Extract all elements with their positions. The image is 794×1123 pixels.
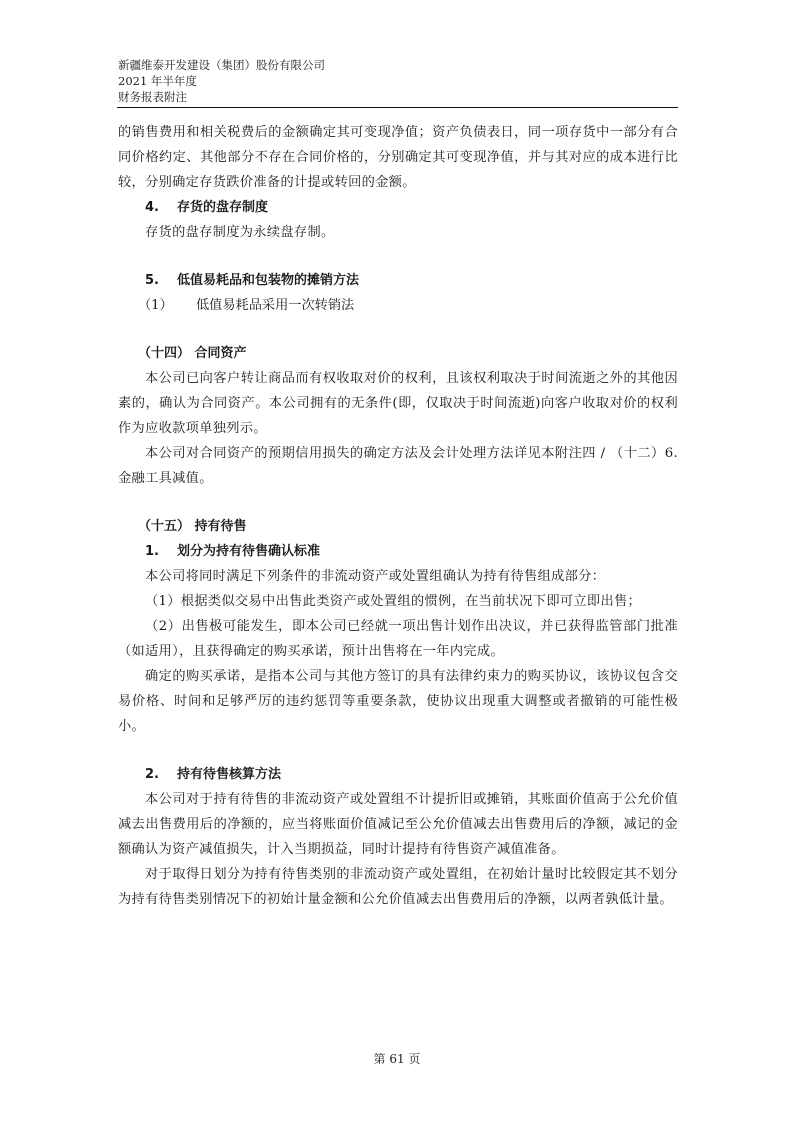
section-title: 合同资产 xyxy=(195,346,247,361)
page-body: 的销售费用和相关税费后的金额确定其可变现净值；资产负债表日，同一项存货中一部分有… xyxy=(118,120,678,912)
section-number: 4. xyxy=(145,195,177,220)
section-14-paragraph-1: 本公司已向客户转让商品而有权收取对价的权利，且该权利取决于时间流逝之外的其他因素… xyxy=(118,366,678,441)
subsection-title: 划分为持有待售确认标准 xyxy=(177,544,320,559)
section-title: 存货的盘存制度 xyxy=(177,200,268,215)
subsection-number: 2. xyxy=(145,762,177,787)
header-divider xyxy=(117,107,678,108)
section-15-heading: （十五） 持有待售 xyxy=(118,514,678,539)
section-number: （十四） xyxy=(138,346,190,361)
item-number: （1） xyxy=(138,293,196,318)
section-15-1-heading: 1.划分为持有待售确认标准 xyxy=(118,539,678,564)
section-15-1-paragraph-4: 确定的购买承诺，是指本公司与其他方签订的具有法律约束力的购买协议，该协议包含交易… xyxy=(118,664,678,739)
subsection-number: 1. xyxy=(145,539,177,564)
spacer xyxy=(118,245,678,268)
item-text: 低值易耗品采用一次转销法 xyxy=(196,298,354,313)
continuation-paragraph: 的销售费用和相关税费后的金额确定其可变现净值；资产负债表日，同一项存货中一部分有… xyxy=(118,120,678,195)
section-14-paragraph-2: 本公司对合同资产的预期信用损失的确定方法及会计处理方法详见本附注四 / （十二）… xyxy=(118,441,678,491)
section-title: 低值易耗品和包装物的摊销方法 xyxy=(177,273,359,288)
section-number: 5. xyxy=(145,268,177,293)
section-15-2-paragraph-2: 对于取得日划分为持有待售类别的非流动资产或处置组，在初始计量时比较假定其不划分为… xyxy=(118,862,678,912)
company-name: 新疆维泰开发建设（集团）股份有限公司 xyxy=(118,57,678,73)
page-number: 第 61 页 xyxy=(0,1050,794,1067)
section-5-item-1: （1）低值易耗品采用一次转销法 xyxy=(118,293,678,318)
section-5-heading: 5.低值易耗品和包装物的摊销方法 xyxy=(118,268,678,293)
section-4-text: 存货的盘存制度为永续盘存制。 xyxy=(118,220,678,245)
section-number: （十五） xyxy=(138,519,190,534)
section-4-heading: 4.存货的盘存制度 xyxy=(118,195,678,220)
report-period: 2021 年半年度 xyxy=(118,73,678,89)
subsection-title: 持有待售核算方法 xyxy=(177,767,281,782)
spacer xyxy=(118,739,678,762)
section-15-1-condition-2: （2）出售极可能发生，即本公司已经就一项出售计划作出决议，并已获得监管部门批准（… xyxy=(118,614,678,664)
section-15-2-paragraph-1: 本公司对于持有待售的非流动资产或处置组不计提折旧或摊销，其账面价值高于公允价值减… xyxy=(118,787,678,862)
section-15-1-condition-1: （1）根据类似交易中出售此类资产或处置组的惯例，在当前状况下即可立即出售； xyxy=(118,589,678,614)
spacer xyxy=(118,491,678,514)
section-15-1-paragraph-1: 本公司将同时满足下列条件的非流动资产或处置组确认为持有待售组成部分： xyxy=(118,564,678,589)
document-type: 财务报表附注 xyxy=(118,89,678,105)
section-14-heading: （十四） 合同资产 xyxy=(118,341,678,366)
spacer xyxy=(118,318,678,341)
page-header: 新疆维泰开发建设（集团）股份有限公司 2021 年半年度 财务报表附注 xyxy=(118,57,678,105)
section-15-2-heading: 2.持有待售核算方法 xyxy=(118,762,678,787)
section-title: 持有待售 xyxy=(195,519,247,534)
